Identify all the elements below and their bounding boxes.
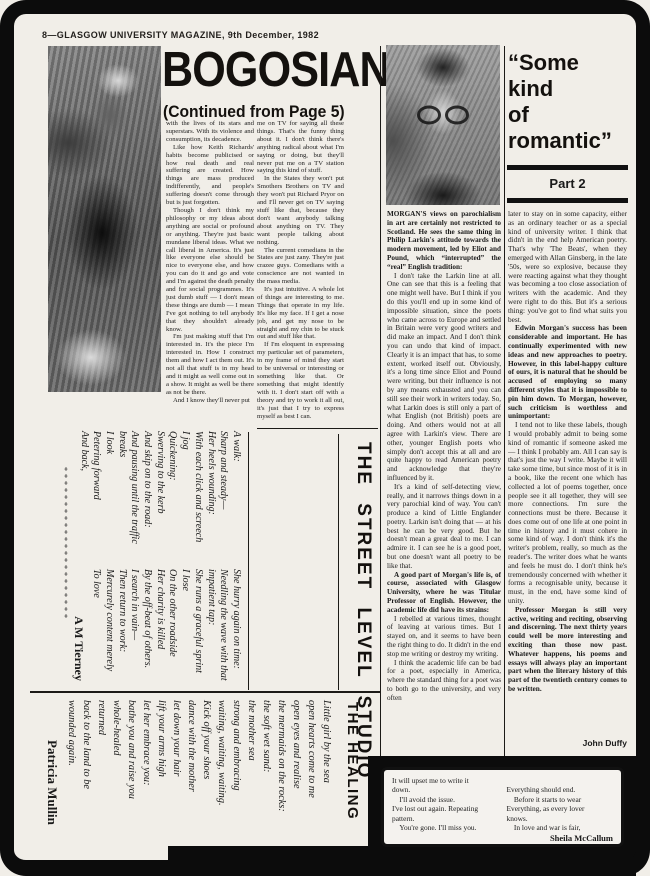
paragraph: Like how Keith Richards' habits become p… (166, 144, 254, 207)
column-rule-vertical (504, 46, 505, 758)
poem-divider: ********************** (60, 467, 69, 703)
romantic-heading: “Some kind of romantic” (508, 50, 628, 154)
photo-detail (417, 106, 441, 125)
paragraph: with the lives of its stars and supersta… (166, 120, 254, 144)
poem-columns: A walk: Sharp and steady— Her heels woun… (71, 431, 242, 703)
masthead: 8—GLASGOW UNIVERSITY MAGAZINE, 9th Decem… (42, 30, 319, 40)
paragraph: I'm just making stuff that I'm intereste… (166, 333, 254, 396)
paragraph: I think the academic life can be bad for… (387, 659, 501, 703)
part-label: Part 2 (507, 176, 628, 191)
article-title: BOGOSIAN (162, 46, 390, 95)
healing-author: Patricia Mullin (38, 740, 60, 856)
romantic-column: later to stay on in some capacity, eithe… (508, 210, 627, 736)
paragraph: The current comedians in the States are … (257, 247, 344, 287)
street-level-title: THE STREET LEVEL STUDIO (344, 442, 374, 732)
paragraph: I rebelled at various times, thought of … (387, 615, 501, 659)
healing-title: THE HEALING (337, 702, 361, 854)
strip-rule-vertical (338, 434, 339, 690)
scan-black-patch (168, 846, 370, 876)
bogosian-photo (48, 46, 161, 392)
bottom-poem-box: It will upset me to write it down. I'll … (381, 767, 624, 847)
column-rule-horizontal (257, 428, 378, 429)
paragraph: me on TV for saying all these things. Th… (257, 120, 344, 175)
article-subtitle: (Continued from Page 5) (163, 102, 345, 122)
column-rule-vertical (380, 46, 381, 758)
box-poem-left: It will upset me to write it down. I'll … (392, 776, 499, 838)
poem-author: A M Tierney (71, 569, 86, 695)
paragraph: It's a kind of self-detecting view, real… (387, 483, 501, 571)
bogosian-column-2: me on TV for saying all these things. Th… (257, 120, 344, 430)
healing-poem: Little girl by the sea open hearts come … (62, 700, 334, 845)
poem-rule-vertical (248, 432, 249, 690)
poem-stanza: A walk: Sharp and steady— Her heels woun… (71, 431, 242, 557)
section-bar (507, 198, 628, 203)
paragraph: And I know they'll never put (166, 397, 254, 405)
paragraph: I don't take the Larkin line at all. One… (387, 272, 501, 483)
paragraph: A good part of Morgan's life is, of cour… (387, 571, 501, 615)
box-poem-right: Everything should end. Before it starts … (507, 785, 585, 832)
morgan-column: MORGAN'S views on parochialism in art ar… (387, 210, 501, 758)
tierney-poem: A walk: Sharp and steady— Her heels woun… (57, 431, 242, 703)
photo-detail (445, 106, 469, 125)
paragraph: Though I don't think my philosophy or my… (166, 207, 254, 334)
section-bar (507, 165, 628, 170)
paragraph: In the States they won't put Smothers Br… (257, 175, 344, 246)
byline: John Duffy (508, 738, 627, 748)
morgan-photo (386, 45, 500, 205)
paragraph: Professor Morgan is still very active, w… (508, 606, 627, 694)
magazine-page: 8—GLASGOW UNIVERSITY MAGAZINE, 9th Decem… (0, 0, 650, 876)
paragraph: later to stay on in some capacity, eithe… (508, 210, 627, 324)
poem-stanza: She hurry again on time: Needling the wa… (90, 569, 242, 695)
paragraph: I tend not to like these labels, though … (508, 421, 627, 606)
section-rule-horizontal (30, 691, 380, 693)
paragraph: MORGAN'S views on parochialism in art ar… (387, 210, 501, 272)
paragraph: Edwin Morgan's success has been consider… (508, 324, 627, 421)
bogosian-column-1: with the lives of its stars and supersta… (166, 120, 254, 430)
glasses-detail (417, 106, 469, 125)
paragraph: It's just intuitive. A whole lot of thin… (257, 286, 344, 341)
box-poem-author: Sheila McCallum (507, 834, 614, 843)
paragraph: If I'm eloquent in expressing my particu… (257, 341, 344, 420)
